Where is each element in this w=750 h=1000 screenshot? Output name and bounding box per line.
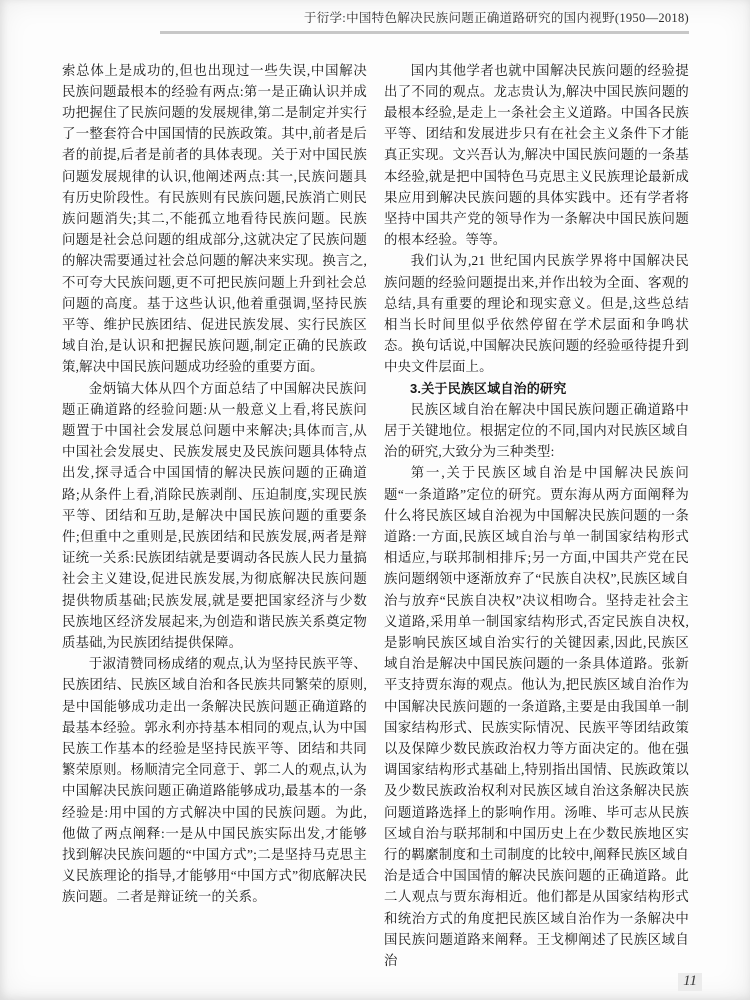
section-heading: 3.关于民族区域自治的研究 — [384, 378, 689, 399]
running-head: 于衍学:中国特色解决民族问题正确道路研究的国内视野(1950—2018) — [62, 8, 689, 26]
paragraph: 于淑清赞同杨成绪的观点,认为坚持民族平等、民族团结、民族区域自治和各民族共同繁荣… — [62, 653, 367, 907]
paragraph: 金炳镐大体从四个方面总结了中国解决民族问题正确道路的经验问题:从一般意义上看,将… — [62, 378, 367, 654]
paragraph: 国内其他学者也就中国解决民族问题的经验提出了不同的观点。龙志贵认为,解决中国民族… — [384, 60, 689, 251]
page-number: 11 — [678, 973, 702, 991]
right-column: 国内其他学者也就中国解决民族问题的经验提出了不同的观点。龙志贵认为,解决中国民族… — [384, 60, 689, 972]
two-column-text: 索总体上是成功的,但也出现过一些失误,中国解决民族问题最根本的经验有两点:第一是… — [62, 60, 689, 972]
page-content: 于衍学:中国特色解决民族问题正确道路研究的国内视野(1950—2018) 索总体… — [62, 8, 689, 971]
left-column: 索总体上是成功的,但也出现过一些失误,中国解决民族问题最根本的经验有两点:第一是… — [62, 60, 367, 972]
header-rule — [160, 31, 689, 34]
paragraph: 我们认为,21 世纪国内民族学界将中国解决民族问题的经验问题提出来,并作出较为全… — [384, 250, 689, 377]
paragraph: 索总体上是成功的,但也出现过一些失误,中国解决民族问题最根本的经验有两点:第一是… — [62, 60, 367, 378]
paragraph: 第一,关于民族区域自治是中国解决民族问题“一条道路”定位的研究。贾东海从两方面阐… — [384, 462, 689, 971]
scanned-page: 于衍学:中国特色解决民族问题正确道路研究的国内视野(1950—2018) 索总体… — [0, 0, 750, 1000]
paragraph: 民族区域自治在解决中国民族问题正确道路中居于关键地位。根据定位的不同,国内对民族… — [384, 399, 689, 463]
